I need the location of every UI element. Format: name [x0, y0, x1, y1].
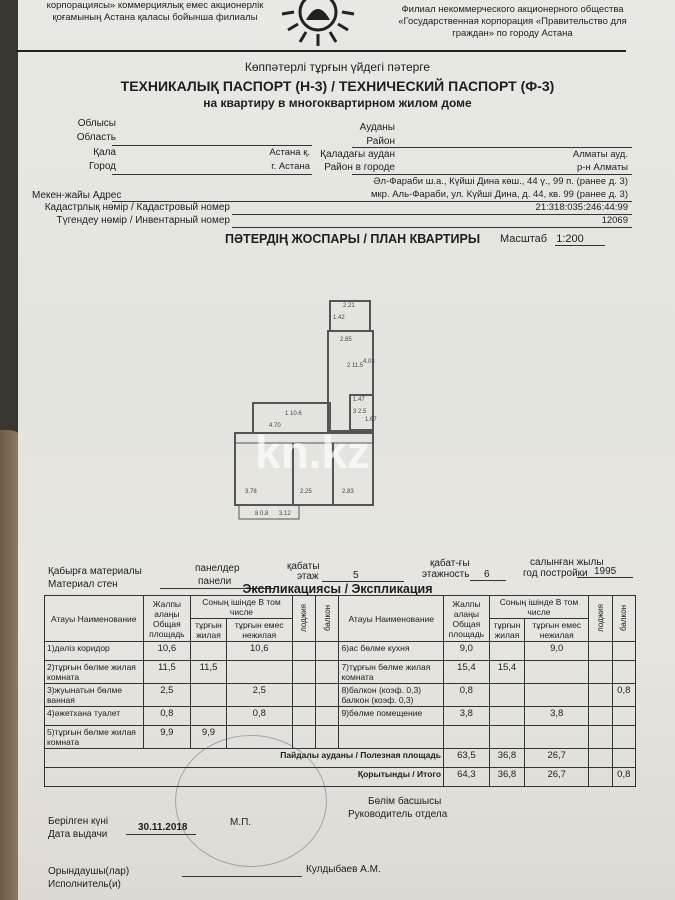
left-total-cell: 10,6 [143, 642, 191, 661]
left-balcony-cell [316, 726, 339, 749]
header-divider [16, 50, 626, 52]
left-loggia-cell [292, 684, 315, 707]
oblast-label-kz: Облысы [40, 118, 116, 130]
left-total-cell: 2,5 [143, 684, 191, 707]
subtitle-ru: на квартиру в многоквартирном жилом доме [0, 96, 675, 110]
col-balcony-right: балкон [619, 605, 628, 631]
floors-label-ru: этажность [422, 569, 469, 581]
svg-text:1 10.6: 1 10.6 [285, 411, 302, 417]
watermark: kn.kz [255, 425, 370, 479]
total-loggia [589, 768, 612, 787]
left-loggia-cell [292, 707, 315, 726]
oblast-line [112, 145, 312, 146]
svg-text:3 2.5: 3 2.5 [353, 409, 367, 415]
city-line [112, 174, 312, 175]
useful-nonliving: 26,7 [525, 749, 589, 768]
col-living-left: тұрғын жилая [191, 619, 227, 642]
wall-value-kz: панелдер [195, 563, 240, 575]
rayon-line [352, 147, 632, 148]
col-incl-left: Соның ішінде В том числе [191, 596, 293, 619]
left-balcony-cell [316, 684, 339, 707]
cadastral-value: 21:318:035:246:44:99 [470, 202, 628, 213]
right-balcony-cell: 0,8 [612, 684, 635, 707]
city-district-value-kz: Алматы ауд. [470, 149, 628, 160]
wall-label-kz: Қабырға материалы [48, 566, 142, 578]
right-loggia-cell [589, 707, 612, 726]
right-name-cell [339, 726, 444, 749]
useful-loggia [589, 749, 612, 768]
right-living-cell [489, 707, 525, 726]
oblast-label-ru: Область [40, 132, 116, 144]
right-loggia-cell [589, 642, 612, 661]
svg-text:4.03: 4.03 [363, 359, 375, 365]
right-total-cell: 0,8 [444, 684, 490, 707]
useful-balcony [612, 749, 635, 768]
svg-text:2.21: 2.21 [343, 303, 355, 309]
left-loggia-cell [292, 642, 315, 661]
table-row: 2)тұрғын бөлме жилая комната11,511,57)тұ… [45, 661, 636, 684]
executor-line [182, 876, 302, 877]
left-nonliving-cell: 0,8 [226, 707, 292, 726]
explication-title: Экспликациясы / Экспликация [0, 582, 675, 596]
col-nonliving-right: тұрғын емес нежилая [525, 619, 589, 642]
subtitle-kz: Көппәтерлі тұрғын үйдегі пәтерге [0, 60, 675, 74]
svg-text:1.47: 1.47 [353, 397, 365, 403]
address-value-ru: мкр. Аль-Фараби, ул. Күйші Дина, д. 44, … [300, 189, 628, 200]
issued-label-ru: Дата выдачи [48, 829, 107, 841]
svg-text:2.85: 2.85 [340, 337, 352, 343]
plan-title: ПӘТЕРДІҢ ЖОСПАРЫ / ПЛАН КВАРТИРЫ [225, 232, 480, 246]
right-balcony-cell [612, 642, 635, 661]
left-balcony-cell [316, 707, 339, 726]
svg-text:3.78: 3.78 [245, 489, 257, 495]
scale-label: Масштаб [500, 233, 547, 245]
left-nonliving-cell: 10,6 [226, 642, 292, 661]
col-total-right: Жалпы алаңы Общая площадь [444, 596, 490, 642]
header-org-kz: корпорациясы» коммерциялық емес акционер… [40, 0, 270, 24]
right-total-cell [444, 726, 490, 749]
right-name-cell: 9)бөлме помещение [339, 707, 444, 726]
left-nonliving-cell [226, 661, 292, 684]
city-label-kz: Қала [40, 147, 116, 159]
left-name-cell: 3)жуынатын бөлме ванная [45, 684, 144, 707]
executor-label-kz: Орындаушы(лар) [48, 866, 129, 878]
emblem-icon [276, 0, 360, 48]
total-nonliving: 26,7 [525, 768, 589, 787]
issued-line [126, 834, 196, 835]
right-living-cell [489, 726, 525, 749]
city-district-label-ru: Район в городе [290, 162, 395, 174]
document-title: ТЕХНИКАЛЫҚ ПАСПОРТ (Н-3) / ТЕХНИЧЕСКИЙ П… [0, 78, 675, 94]
right-loggia-cell [589, 661, 612, 684]
table-row: 5)тұрғын бөлме жилая комната9,99,9 [45, 726, 636, 749]
right-living-cell: 15,4 [489, 661, 525, 684]
right-nonliving-cell [525, 726, 589, 749]
svg-text:2.25: 2.25 [300, 489, 312, 495]
right-living-cell [489, 684, 525, 707]
floor-plan: 2.211.42 2.854.032 11.5 1.473 2.51.67 1 … [225, 293, 385, 523]
head-label-kz: Бөлім басшысы [368, 796, 441, 808]
mp-label: М.П. [230, 817, 251, 829]
left-living-cell: 11,5 [191, 661, 227, 684]
issued-value: 30.11.2018 [138, 822, 188, 834]
right-name-cell: 6)ас бөлме кухня [339, 642, 444, 661]
left-balcony-cell [316, 642, 339, 661]
total-living: 36,8 [489, 768, 525, 787]
executor-label-ru: Исполнитель(и) [48, 879, 121, 891]
left-name-cell: 4)әжетхана туалет [45, 707, 144, 726]
rayon-label-kz: Ауданы [300, 122, 395, 134]
svg-text:8 0.8: 8 0.8 [255, 511, 269, 517]
right-nonliving-cell: 9,0 [525, 642, 589, 661]
left-living-cell [191, 707, 227, 726]
right-loggia-cell [589, 684, 612, 707]
executor-value: Кулдыбаев А.М. [306, 864, 381, 876]
right-total-cell: 15,4 [444, 661, 490, 684]
city-district-line [352, 174, 632, 175]
address-value-kz: Әл-Фараби ш.а., Күйші Дина көш., 44 ү., … [300, 176, 628, 187]
explication-table: Атауы Наименование Жалпы алаңы Общая пло… [44, 595, 636, 787]
floors-line [470, 580, 506, 581]
cadastral-label: Кадастрлық нөмір / Кадастровый номер [30, 202, 230, 214]
col-living-right: тұрғын жилая [489, 619, 525, 642]
left-balcony-cell [316, 661, 339, 684]
col-nonliving-left: тұрғын емес нежилая [226, 619, 292, 642]
plan-scale: Масштаб 1:200 [500, 233, 584, 245]
total-balcony: 0,8 [612, 768, 635, 787]
total-total: 64,3 [444, 768, 490, 787]
right-name-cell: 8)балкон (коэф. 0,3) балкон (коэф. 0,3) [339, 684, 444, 707]
left-loggia-cell [292, 661, 315, 684]
inventory-label: Түгендеу нөмір / Инвентарный номер [30, 215, 230, 227]
total-row: Қорытынды / Итого 64,3 36,8 26,7 0,8 [45, 768, 636, 787]
table-row: 1)дәліз коридор10,610,66)ас бөлме кухня9… [45, 642, 636, 661]
left-name-cell: 2)тұрғын бөлме жилая комната [45, 661, 144, 684]
right-balcony-cell [612, 661, 635, 684]
scale-value: 1:200 [556, 233, 584, 245]
right-total-cell: 3,8 [444, 707, 490, 726]
inventory-line [232, 227, 632, 228]
head-label-ru: Руководитель отдела [348, 809, 447, 821]
table-row: 3)жуынатын бөлме ванная2,52,58)балкон (к… [45, 684, 636, 707]
year-label-ru: год постройки [523, 568, 588, 580]
col-loggia-right: лоджия [596, 604, 605, 632]
inventory-value: 12069 [470, 215, 628, 226]
scale-line [555, 245, 605, 246]
city-district-value-ru: р-н Алматы [470, 162, 628, 173]
svg-text:1.67: 1.67 [365, 417, 377, 423]
official-stamp [175, 735, 327, 867]
useful-total: 63,5 [444, 749, 490, 768]
year-line [577, 577, 633, 578]
col-name-right: Атауы Наименование [339, 596, 444, 642]
right-loggia-cell [589, 726, 612, 749]
left-total-cell: 11,5 [143, 661, 191, 684]
left-name-cell: 5)тұрғын бөлме жилая комната [45, 726, 144, 749]
city-district-label-kz: Қаладағы аудан [290, 149, 395, 161]
left-loggia-cell [292, 726, 315, 749]
table-row: 4)әжетхана туалет0,80,89)бөлме помещение… [45, 707, 636, 726]
svg-text:3.12: 3.12 [279, 511, 291, 517]
svg-text:1.42: 1.42 [333, 315, 345, 321]
col-balcony-left: балкон [323, 605, 332, 631]
right-name-cell: 7)тұрғын бөлме жилая комната [339, 661, 444, 684]
right-balcony-cell [612, 726, 635, 749]
col-loggia-left: лоджия [299, 604, 308, 632]
left-total-cell: 0,8 [143, 707, 191, 726]
col-total-left: Жалпы алаңы Общая площадь [143, 596, 191, 642]
left-living-cell [191, 642, 227, 661]
right-balcony-cell [612, 707, 635, 726]
right-nonliving-cell [525, 661, 589, 684]
col-name-left: Атауы Наименование [45, 596, 144, 642]
right-nonliving-cell [525, 684, 589, 707]
right-living-cell [489, 642, 525, 661]
right-total-cell: 9,0 [444, 642, 490, 661]
col-incl-right: Соның ішінде В том числе [489, 596, 589, 619]
header-org-ru: Филиал некоммерческого акционерного обще… [385, 4, 640, 40]
left-nonliving-cell: 2,5 [226, 684, 292, 707]
left-living-cell [191, 684, 227, 707]
svg-text:2.83: 2.83 [342, 489, 354, 495]
useful-area-row: Пайдалы ауданы / Полезная площадь 63,5 3… [45, 749, 636, 768]
useful-living: 36,8 [489, 749, 525, 768]
svg-text:2 11.5: 2 11.5 [347, 363, 364, 369]
right-nonliving-cell: 3,8 [525, 707, 589, 726]
address-label: Мекен-жайы Адрес [32, 190, 121, 202]
left-total-cell: 9,9 [143, 726, 191, 749]
left-name-cell: 1)дәліз коридор [45, 642, 144, 661]
city-label-ru: Город [40, 161, 116, 173]
issued-label-kz: Берілген күні [48, 816, 108, 828]
